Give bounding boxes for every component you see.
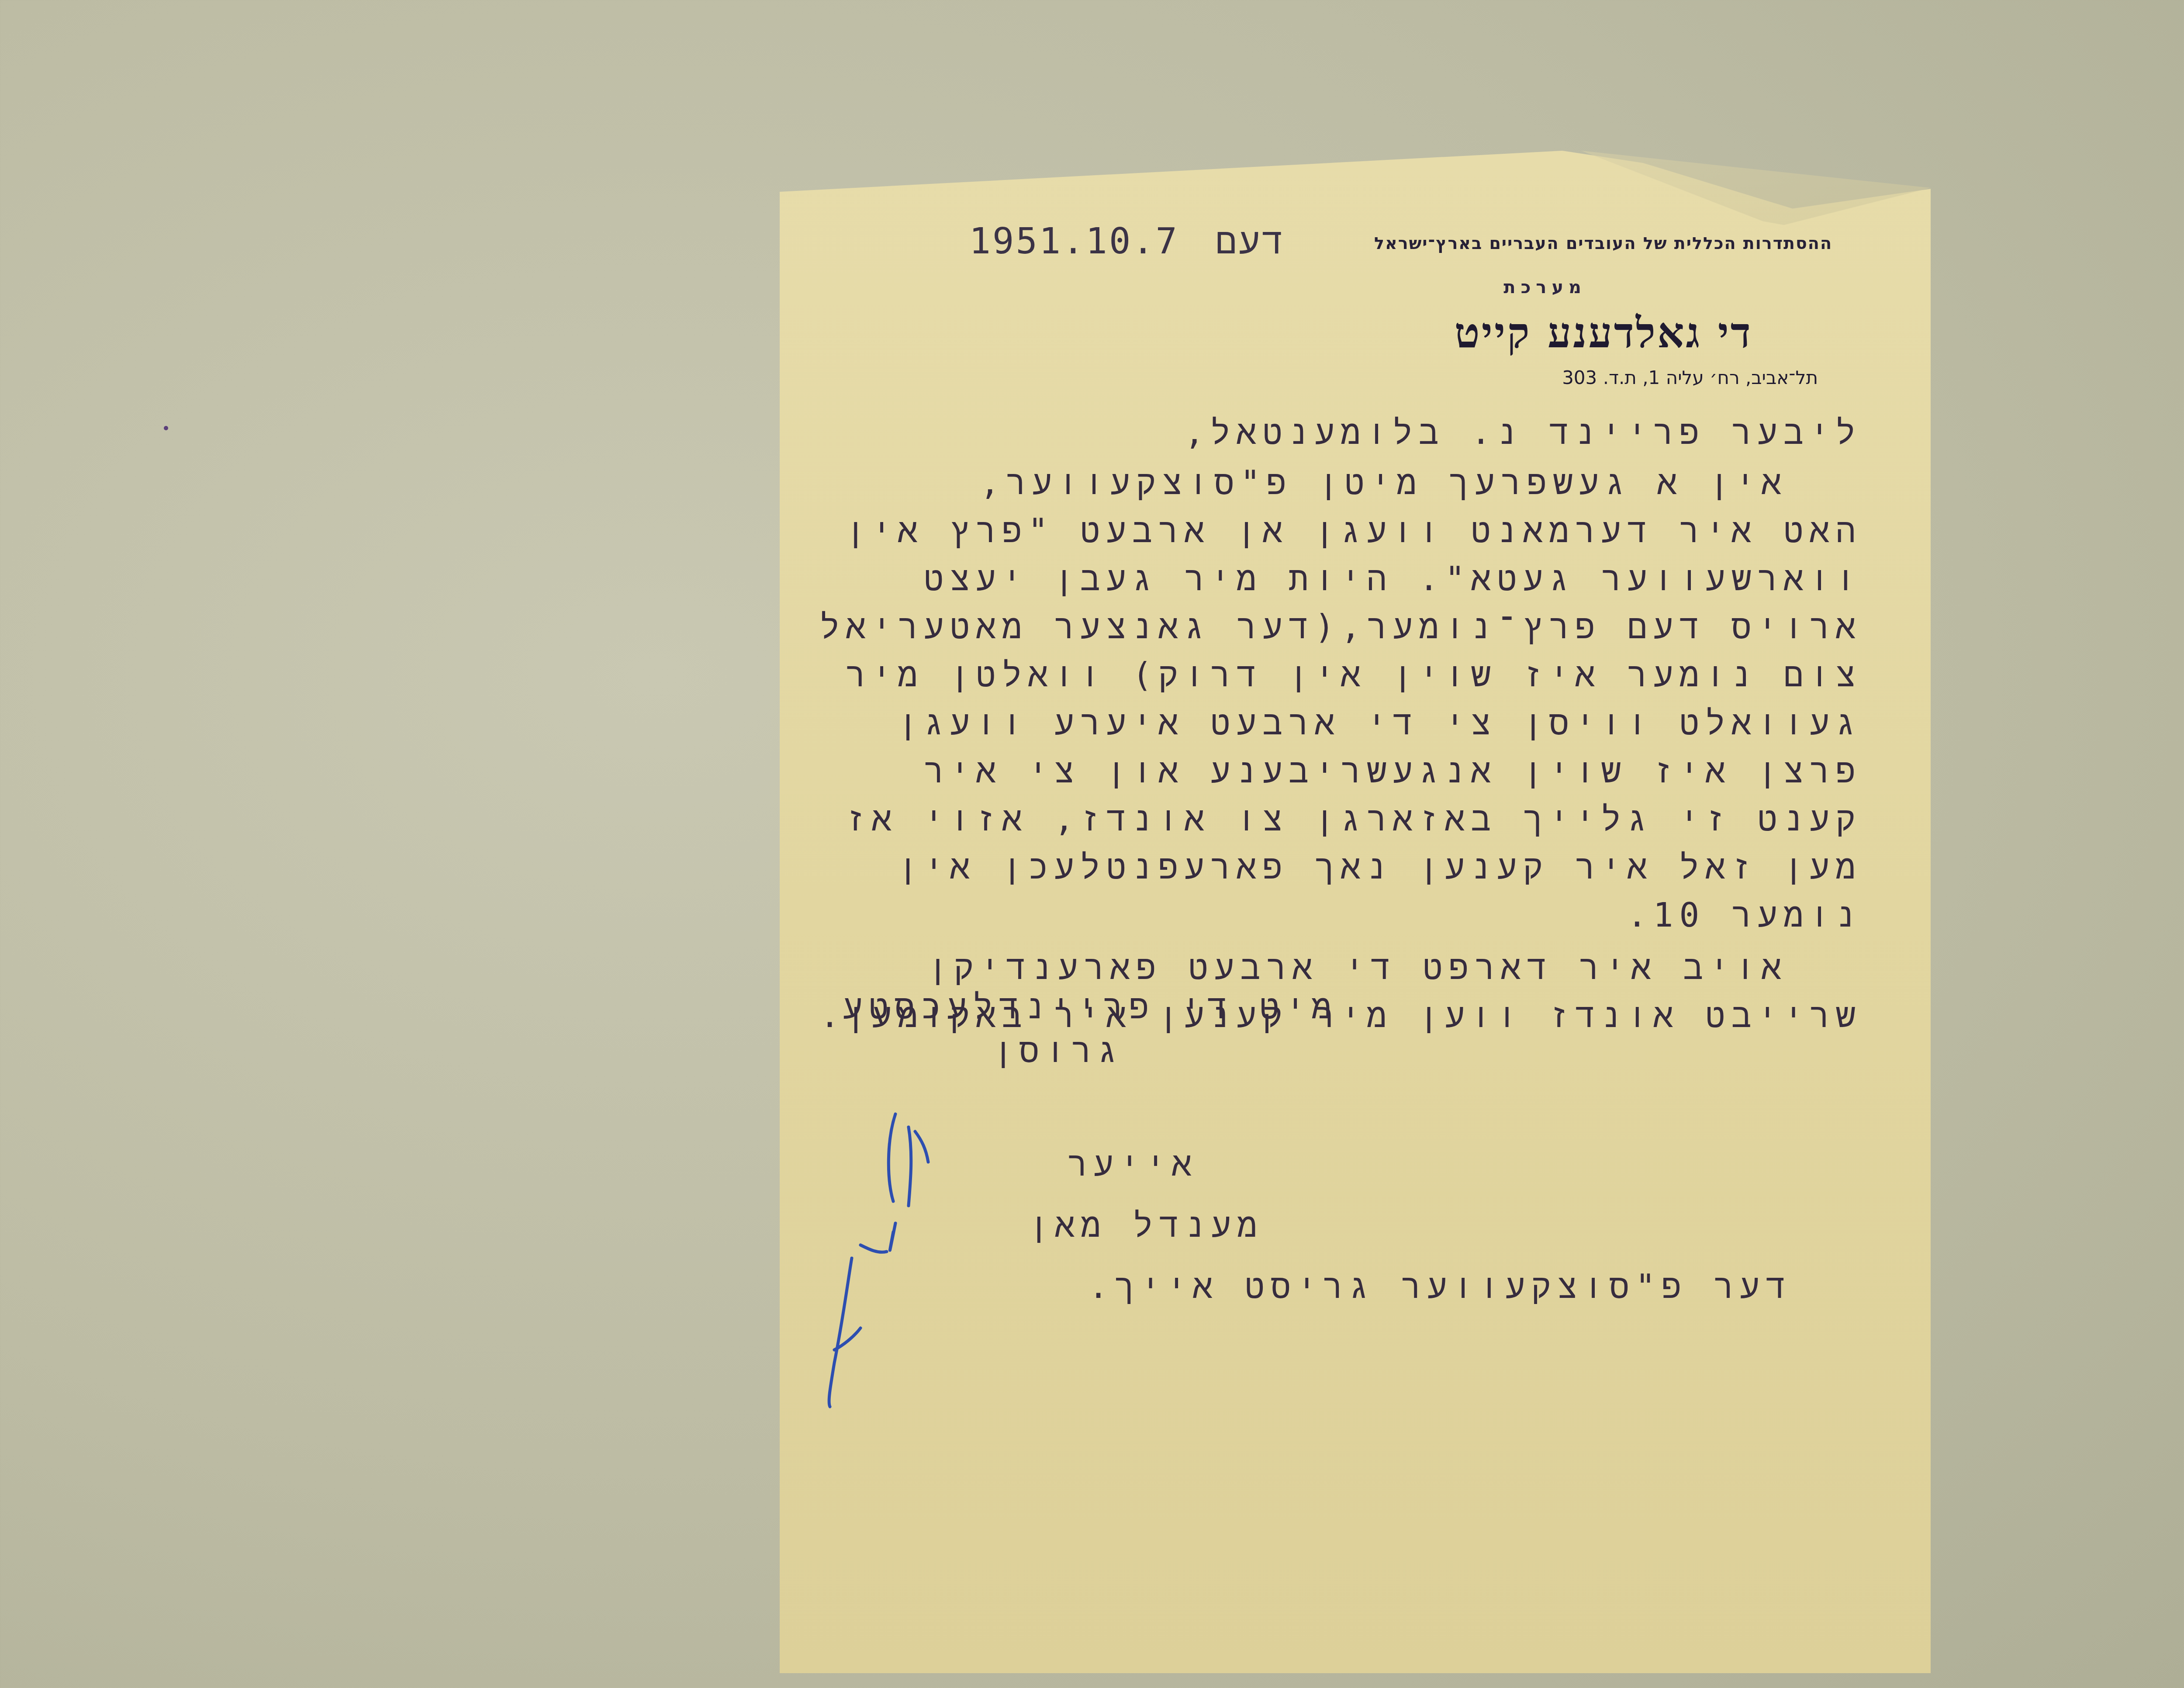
handwritten-signature	[821, 1101, 935, 1415]
body-line: האט איר דערמאנט וועגן אן ארבעט "פרץ אין	[846, 511, 1862, 552]
closing: מיט די פריינדלעכסטע	[843, 987, 1337, 1028]
body-line: ארויס דעם פרץ־נומער,(דער גאנצער מאטעריאל	[820, 607, 1862, 648]
body-line: צום נומער איז שוין אין דרוק) וואלטן מיר	[846, 655, 1862, 696]
date-value: 1951.10.7	[969, 221, 1179, 262]
salutation: ליבער פריינד נ. בלומענטאל,	[1184, 413, 1862, 454]
body-line: נומער 10.	[1627, 896, 1862, 937]
body-line: אויב איר דארפט די ארבעט פארענדיקן	[928, 948, 1787, 989]
signer-name: מענדל מאן	[1029, 1206, 1263, 1247]
editorial-label: מערכת	[1503, 277, 1586, 297]
letterhead-org: ההסתדרות הכללית של העובדים העבריים בארץ־…	[1374, 234, 1832, 253]
date-line: דעם 1951.10.7	[969, 221, 1285, 264]
body-line: אין א געשפרעך מיטן פ"סוצקעווער,	[980, 463, 1787, 504]
body-line: מען זאל איר קענען נאך פארעפנטלעכן אין	[898, 847, 1862, 889]
publication-title: די גאלדענע קייט	[1455, 308, 1752, 357]
background-mark	[164, 426, 168, 430]
closing-word: גרוסן	[993, 1031, 1123, 1072]
postscript: דער פ"סוצקעווער גריסט אייך.	[1089, 1267, 1792, 1308]
body-line: געוואלט וויסן צי די ארבעט איערע וועגן	[898, 703, 1862, 744]
date-label: דעם	[1215, 221, 1285, 262]
publication-address: תל־אביב, רח׳ עליה 1, ת.ד. 303	[1562, 367, 1818, 388]
body-line: פרצן איז שוין אנגעשריבענע און צי איר	[924, 751, 1862, 792]
signoff-label: אייער	[1068, 1145, 1198, 1186]
body-line: קענט זי גלייך באזארגן צו אונדז, אזוי אז	[846, 799, 1862, 841]
body-line: ווארשעווער געטא". היות מיר געבן יעצט	[924, 559, 1862, 600]
